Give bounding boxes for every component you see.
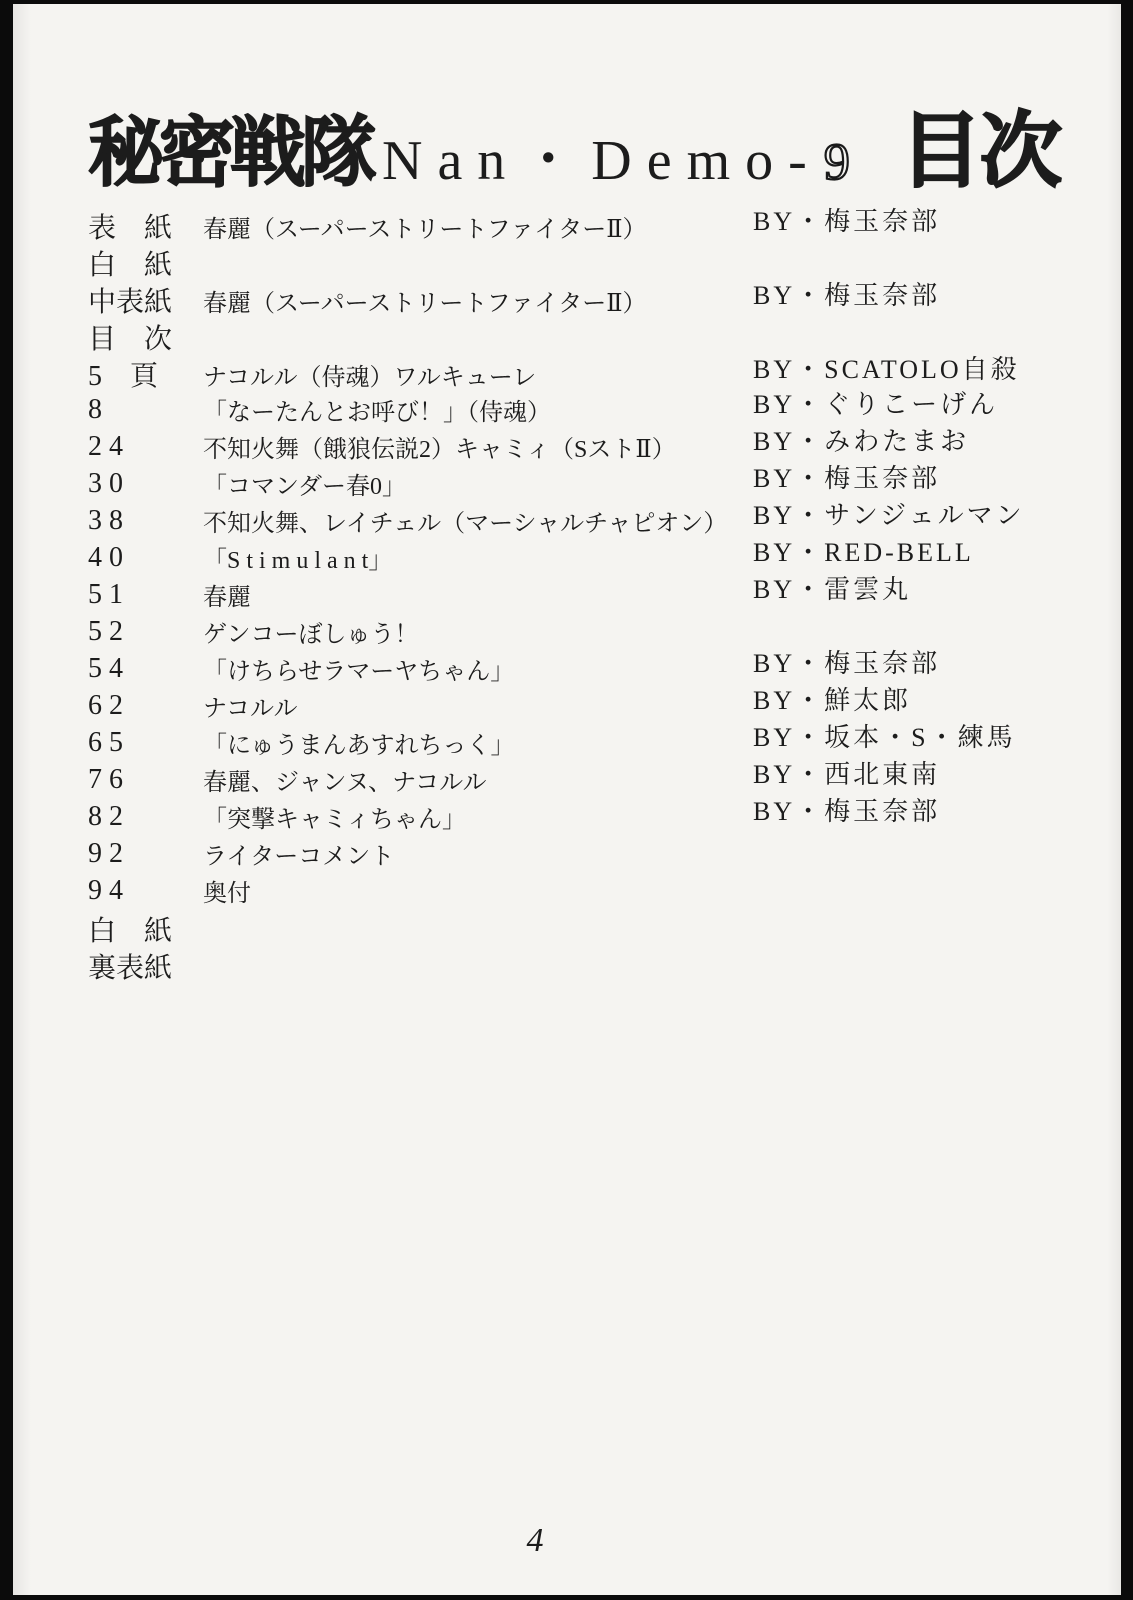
- toc-row-title: 「けちらせラマーヤちゃん」: [203, 651, 753, 686]
- toc-row-title: ナコルル: [203, 688, 753, 723]
- toc-row: 9 4 奥付: [13, 872, 1121, 909]
- toc-row-label: 白 紙: [88, 243, 203, 283]
- page-number: 4: [511, 1522, 559, 1560]
- toc-row-title: 奥付: [203, 873, 753, 908]
- toc-row-author: BY・サンジェルマン: [753, 495, 1121, 532]
- toc-row-label: 中表紙: [88, 280, 203, 320]
- toc-row-label: 白 紙: [88, 909, 203, 949]
- toc-row-author: BY・みわたまお: [753, 421, 1121, 458]
- toc-row: 白 紙: [13, 909, 1121, 946]
- toc-row-label: 9 4: [88, 875, 203, 907]
- toc-row-author: BY・RED-BELL: [753, 532, 1121, 569]
- toc-row-title: 「コマンダー春0」: [203, 466, 753, 501]
- toc-row-label: 5 4: [88, 653, 203, 685]
- toc-row-author: BY・SCATOLO自殺: [753, 349, 1121, 386]
- toc-row-label: 裏表紙: [88, 946, 203, 986]
- toc-row-title: 「なーたんとお呼び！」（侍魂）: [203, 392, 753, 427]
- toc-row-author: BY・雷雲丸: [753, 569, 1121, 606]
- scanned-page: 秘密戦隊 Nan・Demo- 9 目次 表 紙 春麗（スーパーストリートファイタ…: [13, 4, 1121, 1595]
- toc-row-label: 4 0: [88, 542, 203, 574]
- toc-row: 表 紙 春麗（スーパーストリートファイターⅡ） BY・梅玉奈部: [13, 206, 1121, 243]
- toc-row-title: ナコルル（侍魂）ワルキューレ: [203, 357, 753, 392]
- toc-row-author: BY・西北東南: [753, 754, 1121, 791]
- toc-row: 裏表紙: [13, 946, 1121, 983]
- toc-row-title: 春麗（スーパーストリートファイターⅡ）: [203, 283, 753, 318]
- table-of-contents: 表 紙 春麗（スーパーストリートファイターⅡ） BY・梅玉奈部 白 紙 中表紙 …: [13, 206, 1121, 983]
- toc-row-title: ゲンコーぼしゅう！: [203, 614, 753, 649]
- toc-row-label: 5 頁: [88, 354, 203, 394]
- toc-row-title: 春麗、ジャンヌ、ナコルル: [203, 762, 753, 797]
- toc-row-label: 7 6: [88, 764, 203, 796]
- toc-row-label: 6 2: [88, 690, 203, 722]
- toc-row-author: BY・梅玉奈部: [753, 201, 1121, 238]
- toc-row-label: 2 4: [88, 431, 203, 463]
- toc-row-title: 「にゅうまんあすれちっく」: [203, 725, 753, 760]
- toc-row-title: 「S t i m u l a n t」: [203, 540, 753, 575]
- toc-row-author: BY・梅玉奈部: [753, 275, 1121, 312]
- toc-row-title: 不知火舞、レイチェル（マーシャルチャピオン）: [203, 503, 753, 538]
- toc-row-title: ライターコメント: [203, 836, 753, 871]
- toc-row-label: 3 0: [88, 468, 203, 500]
- toc-row-author: BY・坂本・S・練馬: [753, 717, 1121, 754]
- toc-row-label: 8 2: [88, 801, 203, 833]
- toc-row-title: 「突撃キャミィちゃん」: [203, 799, 753, 834]
- toc-row-title: 春麗（スーパーストリートファイターⅡ）: [203, 209, 753, 244]
- toc-row-author: BY・梅玉奈部: [753, 458, 1121, 495]
- toc-row-author: BY・鮮太郎: [753, 680, 1121, 717]
- toc-row-label: 9 2: [88, 838, 203, 870]
- series-title: 秘密戦隊: [88, 92, 372, 201]
- toc-row-title: 不知火舞（餓狼伝説2）キャミィ（SストⅡ）: [203, 429, 753, 464]
- toc-row-author: BY・梅玉奈部: [753, 643, 1121, 680]
- toc-row: 9 2 ライターコメント: [13, 835, 1121, 872]
- toc-row: 5 1 春麗 BY・雷雲丸: [13, 576, 1121, 613]
- toc-row: 8 2 「突撃キャミィちゃん」 BY・梅玉奈部: [13, 798, 1121, 835]
- toc-row-title: 春麗: [203, 577, 753, 612]
- page-title: 秘密戦隊 Nan・Demo- 9 目次: [88, 86, 1060, 203]
- toc-row-label: 目 次: [88, 317, 203, 357]
- toc-row-label: 8: [88, 394, 203, 426]
- toc-row-label: 5 2: [88, 616, 203, 648]
- toc-row-author: BY・ぐりこーげん: [753, 384, 1121, 421]
- latin-title: Nan・Demo-: [382, 116, 822, 196]
- toc-row-label: 3 8: [88, 505, 203, 537]
- toc-row-label: 6 5: [88, 727, 203, 759]
- toc-row-author: BY・梅玉奈部: [753, 791, 1121, 828]
- toc-row-label: 5 1: [88, 579, 203, 611]
- toc-row-label: 表 紙: [88, 206, 203, 246]
- issue-number: 9: [824, 133, 850, 192]
- toc-heading: 目次: [900, 86, 1060, 203]
- toc-row: 中表紙 春麗（スーパーストリートファイターⅡ） BY・梅玉奈部: [13, 280, 1121, 317]
